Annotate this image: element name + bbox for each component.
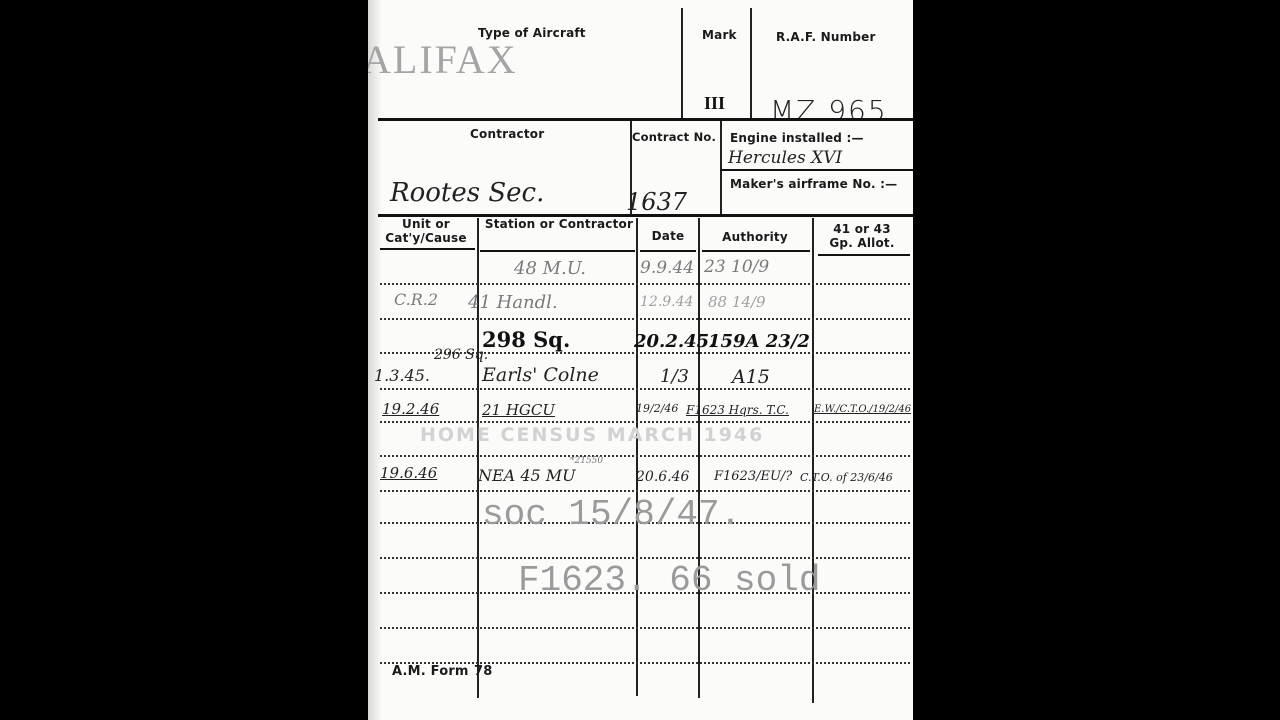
column-divider [477,218,479,698]
form-id-label: A.M. Form [392,664,469,679]
mark-value: III [704,93,725,114]
col-header-station: Station or Contractor [484,217,634,231]
header-underline [702,250,810,252]
am-form-78-card: Type of Aircraft ALIFAX Mark III R.A.F. … [368,0,913,720]
makers-airframe-label: Maker's airframe No. :— [730,177,897,191]
ruled-line [380,388,910,390]
row-3-date: 20.2.45. [634,331,715,352]
ruled-line [380,283,910,285]
row-7-allot: C.T.O. of 23/6/46 [800,471,893,484]
col-header-date: Date [638,229,698,243]
header-underline [480,250,635,252]
header-underline [380,248,475,250]
row-2-authority: 88 14/9 [708,293,766,311]
column-divider [636,218,638,696]
row-4-date: 1/3 [660,366,689,387]
row-4-station: Earls' Colne [482,364,599,386]
row-4-unit: 1.3.45. [374,366,430,385]
raf-number-label: R.A.F. Number [776,30,876,44]
row-5-authority: F1623 Hqrs. T.C. [686,403,789,417]
row-2-date: 12.9.44 [640,294,693,310]
ruled-line [380,557,910,559]
aircraft-type-stamp: ALIFAX [368,36,518,83]
raf-number-value: MZ 965 [770,94,888,127]
header-underline [640,250,696,252]
col-header-allot: 41 or 43 Gp. Allot. [820,222,904,250]
divider [681,8,683,120]
row-5-unit: 19.2.46 [382,400,439,418]
row-3-station: 298 Sq. [482,327,570,352]
row-7-unit: 19.6.46 [380,464,437,482]
column-divider [812,218,814,703]
sold-stamp: F1623. 66 sold [518,560,820,601]
engine-installed-label: Engine installed :— [730,131,864,145]
row-5-allot: E.W./C.T.O./19/2/46 [814,404,911,415]
contract-no-value: 1637 [626,188,687,216]
contract-no-label: Contract No. [632,130,716,144]
row-3-authority: 159A 23/2 [708,331,810,352]
ruled-line [380,421,910,423]
soc-stamp: soc 15/8/47. [482,494,741,535]
row-4-unit-note: 296 Sq. [434,347,488,363]
row-1-date: 9.9.44 [640,258,694,278]
ruled-line [380,318,910,320]
col-header-authority: Authority [702,230,808,244]
row-5-date: 19/2/46 [636,402,678,415]
row-1-authority: 23 10/9 [704,257,769,277]
row-7-station: NEA 45 MU [478,466,576,485]
row-1-station: 48 M.U. [514,258,586,279]
contractor-value: Rootes Sec. [390,178,544,208]
ruled-line [380,455,910,457]
home-census-stamp: HOME CENSUS MARCH 1946 [420,424,764,446]
row-7-station-note: *21550 [570,456,603,466]
ruled-line [380,490,910,492]
mark-label: Mark [702,28,737,42]
divider [750,8,752,120]
ruled-line [380,627,910,629]
row-4-authority: A15 [732,366,770,388]
row-2-unit: C.R.2 [394,290,438,309]
contractor-label: Contractor [470,127,544,141]
form-number: 78 [474,664,493,679]
row-7-date: 20.6.46 [636,469,689,485]
section-rule [378,118,913,121]
row-5-station: 21 HGCU [482,401,555,419]
row-2-station: 41 Handl. [468,292,558,313]
engine-underline [720,169,913,171]
engine-value: Hercules XVI [728,148,842,168]
header-underline [818,254,910,256]
col-header-unit: Unit or Cat'y/Cause [378,217,474,245]
column-divider [698,218,700,698]
row-7-authority: F1623/EU/? [714,469,792,484]
